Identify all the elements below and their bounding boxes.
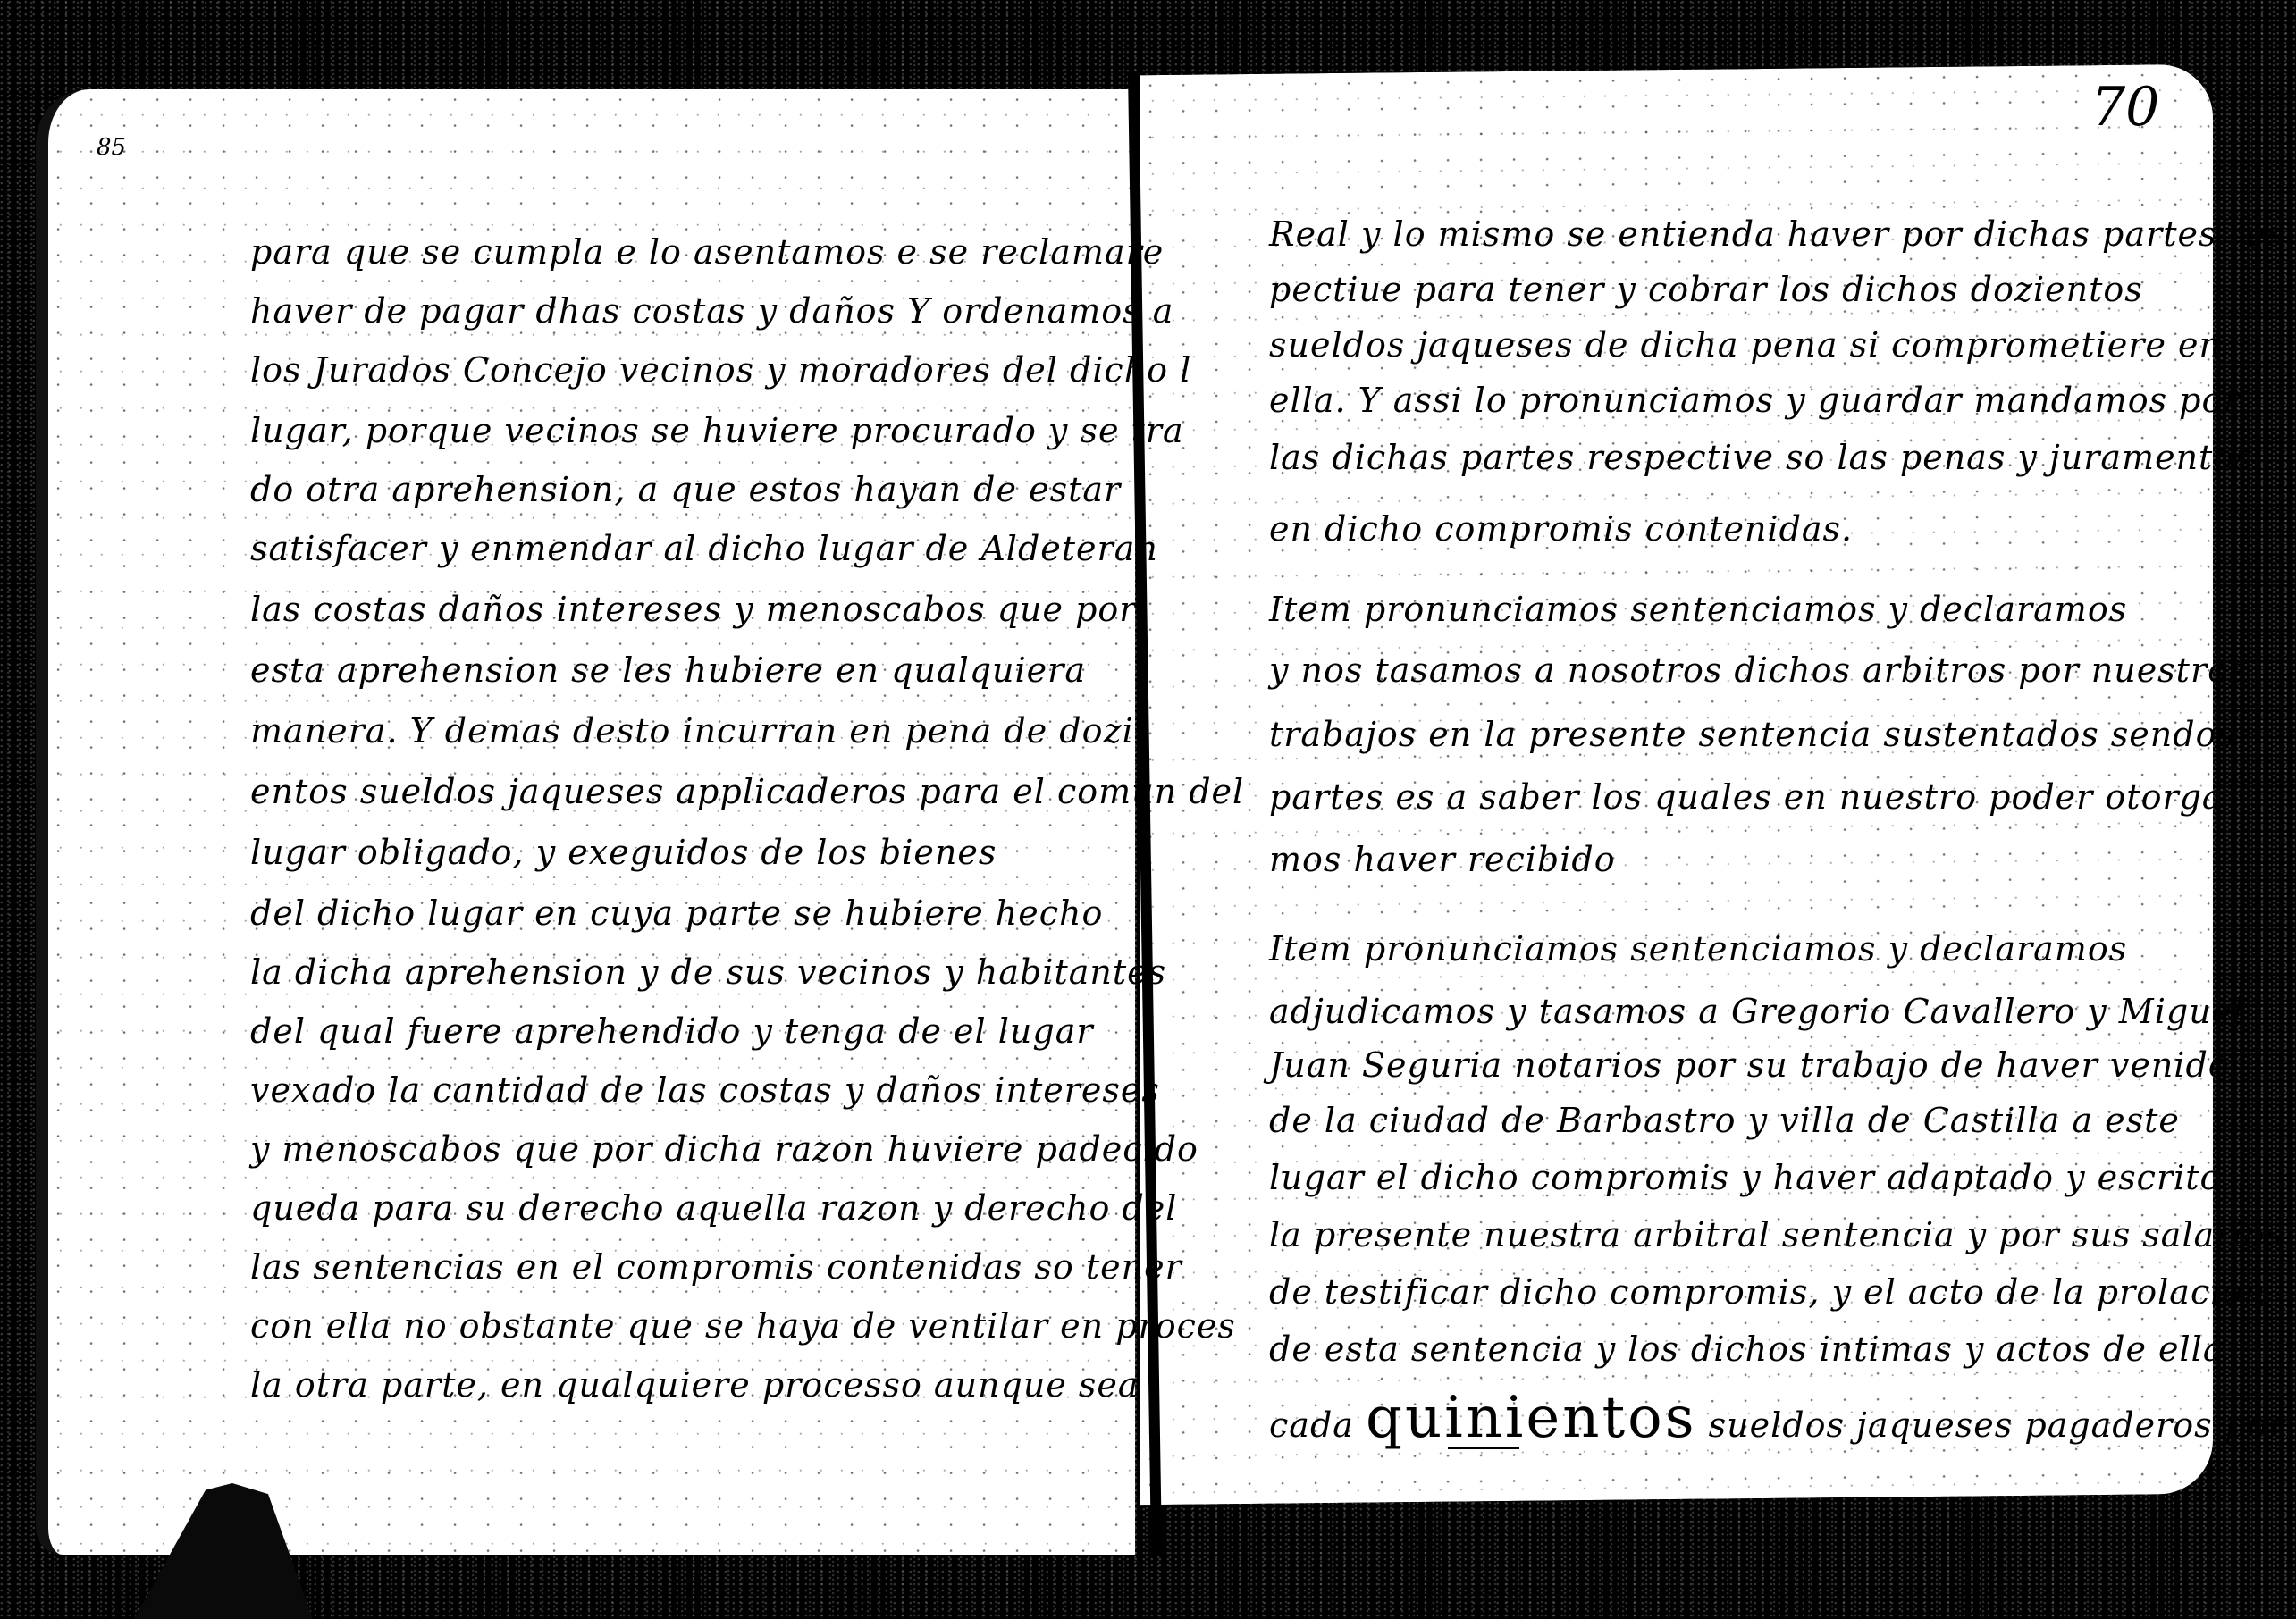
text-line: las costas daños intereses y menoscabos … — [250, 590, 1136, 629]
text-line: y nos tasamos a nosotros dichos arbitros… — [1269, 650, 2248, 690]
text-line: en dicho compromis contenidas. — [1269, 509, 1853, 549]
text-line: mos haver recibido — [1269, 840, 1616, 879]
text-line: satisfacer y enmendar al dicho lugar de … — [250, 529, 1158, 568]
text-line: sueldos jaqueses de dicha pena si compro… — [1269, 325, 2222, 365]
text-line: las dichas partes respective so las pena… — [1269, 438, 2253, 477]
text-line: partes es a saber los quales en nuestro … — [1269, 777, 2224, 817]
text-line: entos sueldos jaqueses applicaderos para… — [250, 772, 1244, 811]
text-line: con ella no obstante que se haya de vent… — [250, 1306, 1236, 1346]
text-line: manera. Y demas desto incurran en pena d… — [250, 711, 1134, 751]
text-line: los Jurados Concejo vecinos y moradores … — [250, 350, 1191, 390]
text-line: las sentencias en el compromis contenida… — [250, 1247, 1182, 1287]
emphasized-amount-word: quinientos — [1366, 1385, 1697, 1451]
line-suffix: sueldos jaqueses pagaderos por — [1709, 1405, 2285, 1445]
text-line: de la ciudad de Barbastro y villa de Cas… — [1269, 1101, 2180, 1140]
text-line: lugar obligado, y exeguidos de los biene… — [250, 833, 997, 872]
text-line: Real y lo mismo se entienda haver por di… — [1269, 214, 2285, 254]
text-line: la otra parte, en qualquiere processo au… — [250, 1365, 1140, 1405]
text-line: lugar el dicho compromis y haver adaptad… — [1269, 1158, 2221, 1197]
text-line: ella. Y assi lo pronunciamos y guardar m… — [1269, 381, 2241, 420]
text-line: Juan Seguria notarios por su trabajo de … — [1269, 1045, 2230, 1085]
line-prefix: cada — [1269, 1405, 1354, 1445]
text-line: lugar, porque vecinos se huviere procura… — [250, 411, 1184, 450]
text-line: de esta sentencia y los dichos intimas y… — [1269, 1330, 2224, 1369]
text-line: adjudicamos y tasamos a Gregorio Cavalle… — [1269, 992, 2244, 1031]
text-line: pectiue para tener y cobrar los dichos d… — [1269, 270, 2143, 309]
text-line: esta aprehension se les hubiere en qualq… — [250, 650, 1086, 690]
closing-rule — [1448, 1447, 1519, 1449]
text-line: haver de pagar dhas costas y daños Y ord… — [250, 291, 1173, 331]
text-line: do otra aprehension, a que estos hayan d… — [250, 470, 1121, 509]
text-line: la presente nuestra arbitral sentencia y… — [1269, 1215, 2283, 1254]
folio-number: 70 — [2091, 76, 2159, 138]
text-line: la dicha aprehension y de sus vecinos y … — [250, 952, 1166, 992]
text-line: y menoscabos que por dicha razon huviere… — [250, 1129, 1198, 1169]
text-line: cada quinientos sueldos jaqueses pagader… — [1269, 1385, 2285, 1451]
left-corner-mark: 85 — [97, 134, 126, 161]
text-line: del dicho lugar en cuya parte se hubiere… — [250, 893, 1103, 933]
text-line: queda para su derecho aquella razon y de… — [250, 1188, 1177, 1228]
text-line: para que se cumpla e lo asentamos e se r… — [250, 232, 1164, 272]
text-line: trabajos en la presente sentencia susten… — [1269, 715, 2235, 754]
text-line: de testificar dicho compromis, y el acto… — [1269, 1272, 2267, 1312]
item-heading-line: Item pronunciamos sentenciamos y declara… — [1269, 590, 2127, 629]
text-line: vexado la cantidad de las costas y daños… — [250, 1070, 1160, 1110]
item-heading-line: Item pronunciamos sentenciamos y declara… — [1269, 929, 2127, 969]
text-line: del qual fuere aprehendido y tenga de el… — [250, 1011, 1094, 1051]
